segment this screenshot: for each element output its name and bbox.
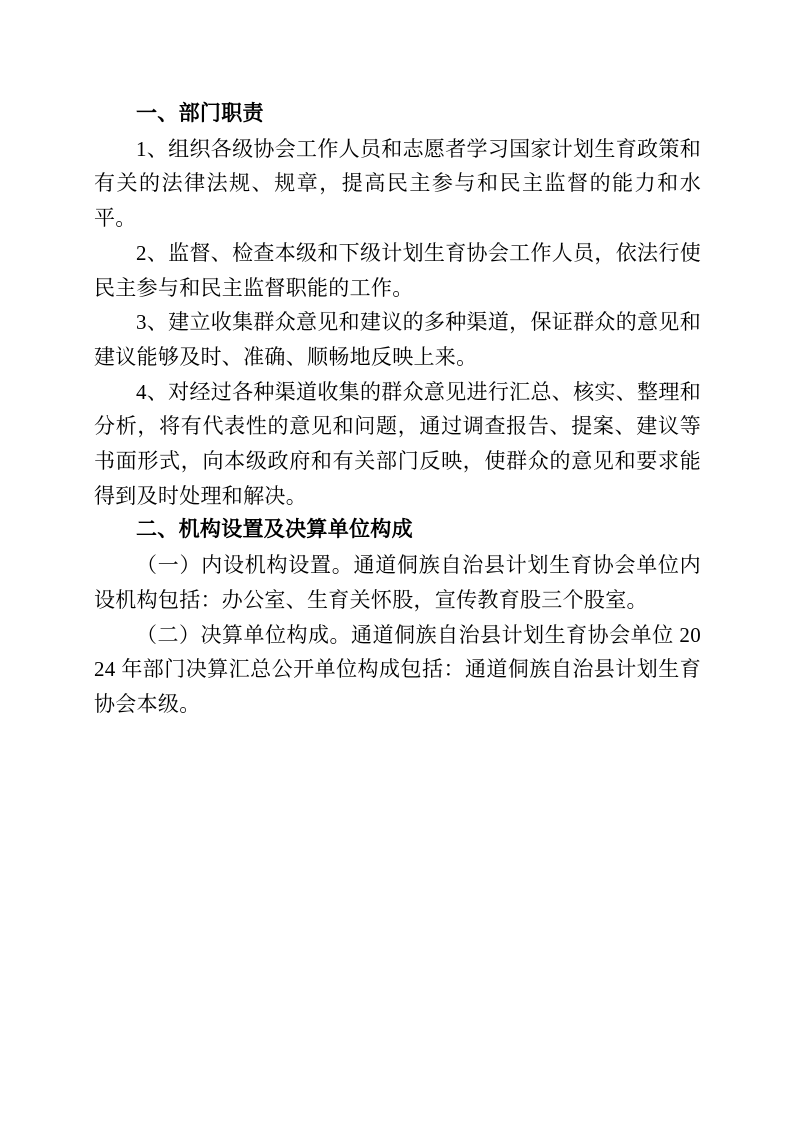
paragraph-duty-3: 3、建立收集群众意见和建议的多种渠道，保证群众的意见和建议能够及时、准确、顺畅地…: [94, 305, 701, 374]
section-heading-structure: 二、机构设置及决算单位构成: [94, 513, 701, 548]
paragraph-unit-composition: （二）决算单位构成。通道侗族自治县计划生育协会单位 2024 年部门决算汇总公开…: [94, 618, 701, 722]
paragraph-internal-structure: （一）内设机构设置。通道侗族自治县计划生育协会单位内设机构包括：办公室、生育关怀…: [94, 548, 701, 617]
paragraph-duty-4: 4、对经过各种渠道收集的群众意见进行汇总、核实、整理和分析，将有代表性的意见和问…: [94, 375, 701, 514]
document-body: 一、部门职责 1、组织各级协会工作人员和志愿者学习国家计划生育政策和有关的法律法…: [94, 97, 701, 722]
paragraph-duty-2: 2、监督、检查本级和下级计划生育协会工作人员，依法行使民主参与和民主监督职能的工…: [94, 236, 701, 305]
paragraph-duty-1: 1、组织各级协会工作人员和志愿者学习国家计划生育政策和有关的法律法规、规章，提高…: [94, 132, 701, 236]
document-page: 一、部门职责 1、组织各级协会工作人员和志愿者学习国家计划生育政策和有关的法律法…: [0, 0, 793, 1122]
section-heading-duties: 一、部门职责: [94, 97, 701, 132]
